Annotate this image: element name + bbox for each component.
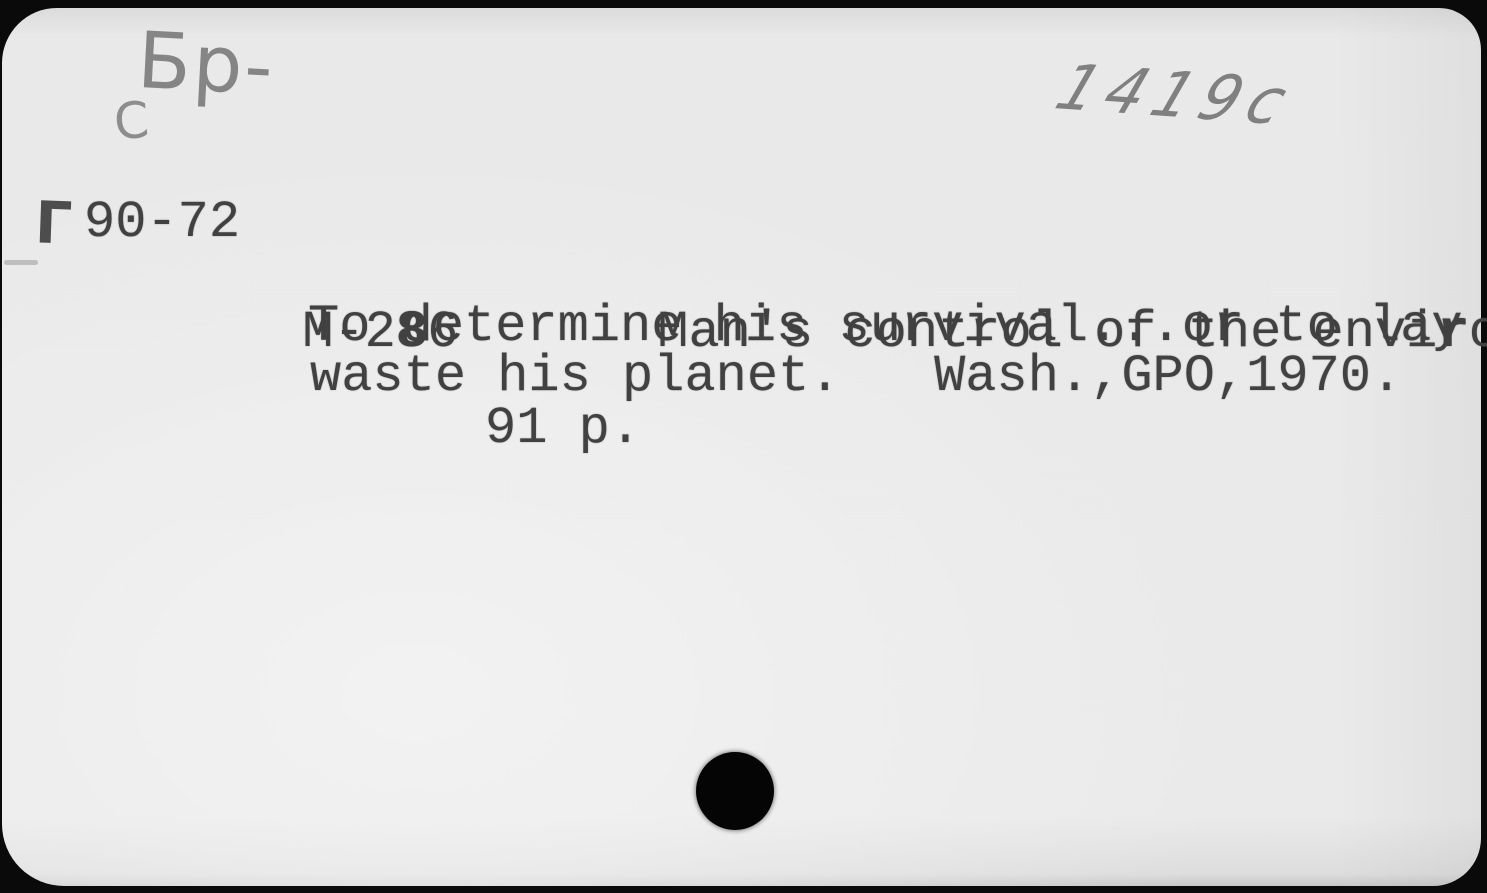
handwritten-shelf-mark: Бр- (135, 16, 277, 113)
entry-pagination: 91 p. (485, 400, 641, 458)
handwritten-gamma-mark: Г (34, 188, 73, 257)
catalog-card: Бр- С 1419c Г 90-72 M-286 Man's control … (2, 8, 1481, 886)
call-number-report-code: 90-72 (84, 194, 240, 252)
title-post: onment. (1469, 303, 1487, 362)
entry-imprint-line: waste his planet. Wash.,GPO,1970. (310, 348, 1402, 406)
handwritten-accession-number: 1419c (1047, 50, 1306, 139)
handwritten-letter-c: С (112, 91, 151, 151)
punch-hole (696, 752, 774, 830)
left-margin-dash (4, 260, 38, 265)
photo-background: Бр- С 1419c Г 90-72 M-286 Man's control … (0, 0, 1487, 893)
